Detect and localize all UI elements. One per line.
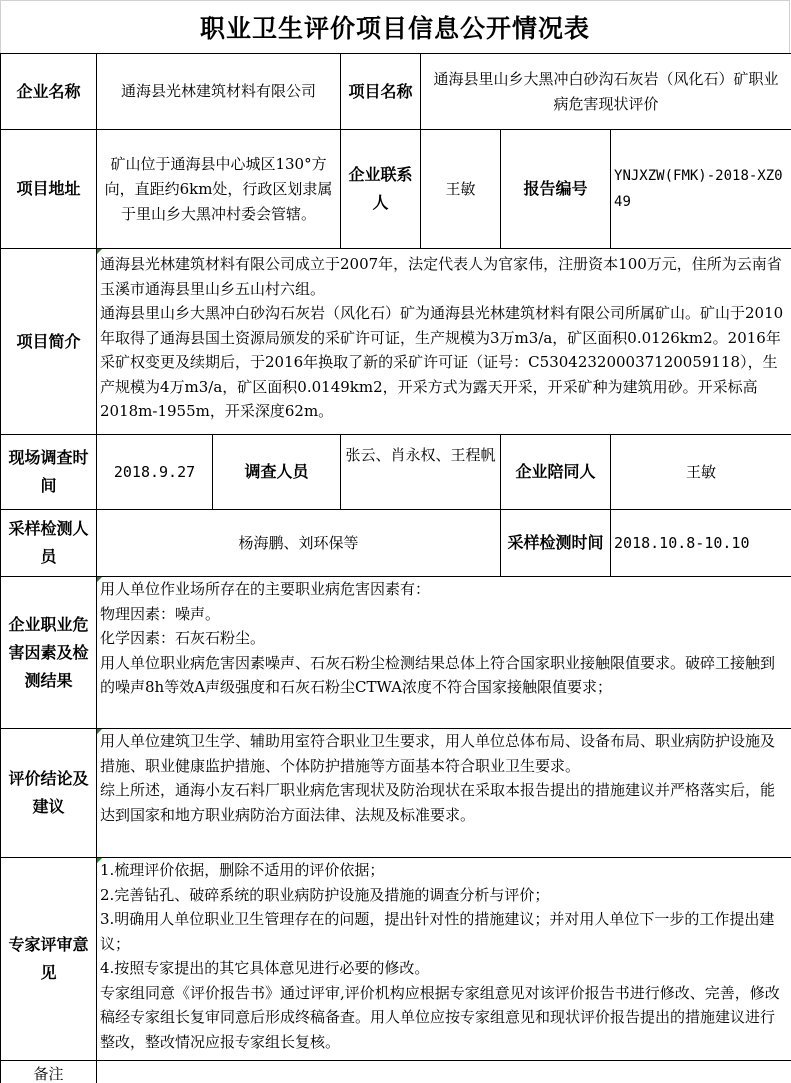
company-name-label: 企业名称: [1, 54, 97, 130]
hazards-label: 企业职业危害因素及检测结果: [1, 577, 97, 729]
expert-paragraph: 2.完善钻孔、破碎系统的职业病防护设施及措施的调查分析与评价；: [100, 883, 788, 908]
survey-time-label: 现场调查时间: [1, 435, 97, 510]
project-address-value: 矿山位于通海县中心城区130°方向，直距约6km处，行政区划隶属于里山乡大黑冲村…: [97, 130, 341, 249]
page-title: 职业卫生评价项目信息公开情况表: [0, 0, 790, 53]
conclusion-paragraph: 用人单位建筑卫生学、辅助用室符合职业卫生要求，用人单位总体布局、设备布局、职业病…: [100, 729, 788, 778]
report-number-label: 报告编号: [501, 130, 611, 249]
row-address: 项目地址 矿山位于通海县中心城区130°方向，直距约6km处，行政区划隶属于里山…: [1, 130, 791, 249]
hazards-value: 用人单位作业场所存在的主要职业病危害因素有： 物理因素：噪声。 化学因素：石灰石…: [97, 577, 791, 729]
expert-paragraph: 4.按照专家提出的其它具体意见进行必要的修改。: [100, 956, 788, 981]
contact-label: 企业联系人: [341, 130, 421, 249]
row-remarks: 备注: [1, 1061, 791, 1083]
investigators-label: 调查人员: [213, 435, 341, 510]
project-name-value: 通海县里山乡大黑冲白砂沟石灰岩（风化石）矿职业病危害现状评价: [421, 54, 791, 130]
sampling-staff-label: 采样检测人员: [1, 510, 97, 577]
company-name-value: 通海县光林建筑材料有限公司: [97, 54, 341, 130]
remarks-label: 备注: [1, 1061, 97, 1083]
expert-paragraph: 1.梳理评价依据，删除不适用的评价依据；: [100, 858, 788, 883]
info-disclosure-sheet: 职业卫生评价项目信息公开情况表 企业名称 通海县光林建筑材料有限公司 项目名称 …: [0, 0, 791, 1083]
row-hazards: 企业职业危害因素及检测结果 用人单位作业场所存在的主要职业病危害因素有： 物理因…: [1, 577, 791, 729]
sampling-staff-value: 杨海鹏、刘环保等: [97, 510, 501, 577]
project-intro-value: 通海县光林建筑材料有限公司成立于2007年，法定代表人为官家伟，注册资本100万…: [97, 249, 791, 435]
cell-comment-marker: [97, 729, 102, 734]
row-sampling: 采样检测人员 杨海鹏、刘环保等 采样检测时间 2018.10.8-10.10: [1, 510, 791, 577]
row-conclusion: 评价结论及建议 用人单位建筑卫生学、辅助用室符合职业卫生要求，用人单位总体布局、…: [1, 729, 791, 858]
row-survey: 现场调查时间 2018.9.27 调查人员 张云、肖永权、王程帆 企业陪同人 王…: [1, 435, 791, 510]
expert-review-value: 1.梳理评价依据，删除不适用的评价依据； 2.完善钻孔、破碎系统的职业病防护设施…: [97, 858, 791, 1061]
remarks-value: [97, 1061, 791, 1083]
expert-paragraph: 专家组同意《评价报告书》通过评审,评价机构应根据专家组意见对该评价报告书进行修改…: [100, 981, 788, 1055]
escort-value: 王敏: [611, 435, 791, 510]
intro-paragraph: 通海县光林建筑材料有限公司成立于2007年，法定代表人为官家伟，注册资本100万…: [100, 252, 788, 301]
survey-time-value: 2018.9.27: [97, 435, 213, 510]
row-company: 企业名称 通海县光林建筑材料有限公司 项目名称 通海县里山乡大黑冲白砂沟石灰岩（…: [1, 54, 791, 130]
hazards-paragraph: 用人单位职业病危害因素噪声、石灰石粉尘检测结果总体上符合国家职业接触限值要求。破…: [100, 651, 788, 700]
intro-paragraph: 通海县里山乡大黑冲白砂沟石灰岩（风化石）矿为通海县光林建筑材料有限公司所属矿山。…: [100, 301, 788, 424]
sampling-time-value: 2018.10.8-10.10: [611, 510, 791, 577]
hazards-paragraph: 物理因素：噪声。: [100, 602, 788, 627]
cell-comment-marker: [97, 249, 102, 254]
cell-comment-marker: [97, 577, 102, 582]
conclusion-value: 用人单位建筑卫生学、辅助用室符合职业卫生要求，用人单位总体布局、设备布局、职业病…: [97, 729, 791, 858]
row-expert: 专家评审意见 1.梳理评价依据，删除不适用的评价依据； 2.完善钻孔、破碎系统的…: [1, 858, 791, 1061]
sampling-time-label: 采样检测时间: [501, 510, 611, 577]
project-name-label: 项目名称: [341, 54, 421, 130]
contact-value: 王敏: [421, 130, 501, 249]
investigators-value: 张云、肖永权、王程帆: [341, 435, 501, 510]
escort-label: 企业陪同人: [501, 435, 611, 510]
report-number-value: YNJXZW(FMK)-2018-XZ049: [611, 130, 791, 249]
conclusion-paragraph: 综上所述，通海小友石料厂职业病危害现状及防治现状在采取本报告提出的措施建议并严格…: [100, 778, 788, 827]
project-address-label: 项目地址: [1, 130, 97, 249]
conclusion-label: 评价结论及建议: [1, 729, 97, 858]
expert-review-label: 专家评审意见: [1, 858, 97, 1061]
hazards-paragraph: 用人单位作业场所存在的主要职业病危害因素有：: [100, 577, 788, 602]
hazards-paragraph: 化学因素：石灰石粉尘。: [100, 626, 788, 651]
project-intro-label: 项目简介: [1, 249, 97, 435]
cell-comment-marker: [97, 858, 102, 863]
row-intro: 项目简介 通海县光林建筑材料有限公司成立于2007年，法定代表人为官家伟，注册资…: [1, 249, 791, 435]
expert-paragraph: 3.明确用人单位职业卫生管理存在的问题，提出针对性的措施建议；并对用人单位下一步…: [100, 907, 788, 956]
info-table: 企业名称 通海县光林建筑材料有限公司 项目名称 通海县里山乡大黑冲白砂沟石灰岩（…: [0, 53, 791, 1083]
